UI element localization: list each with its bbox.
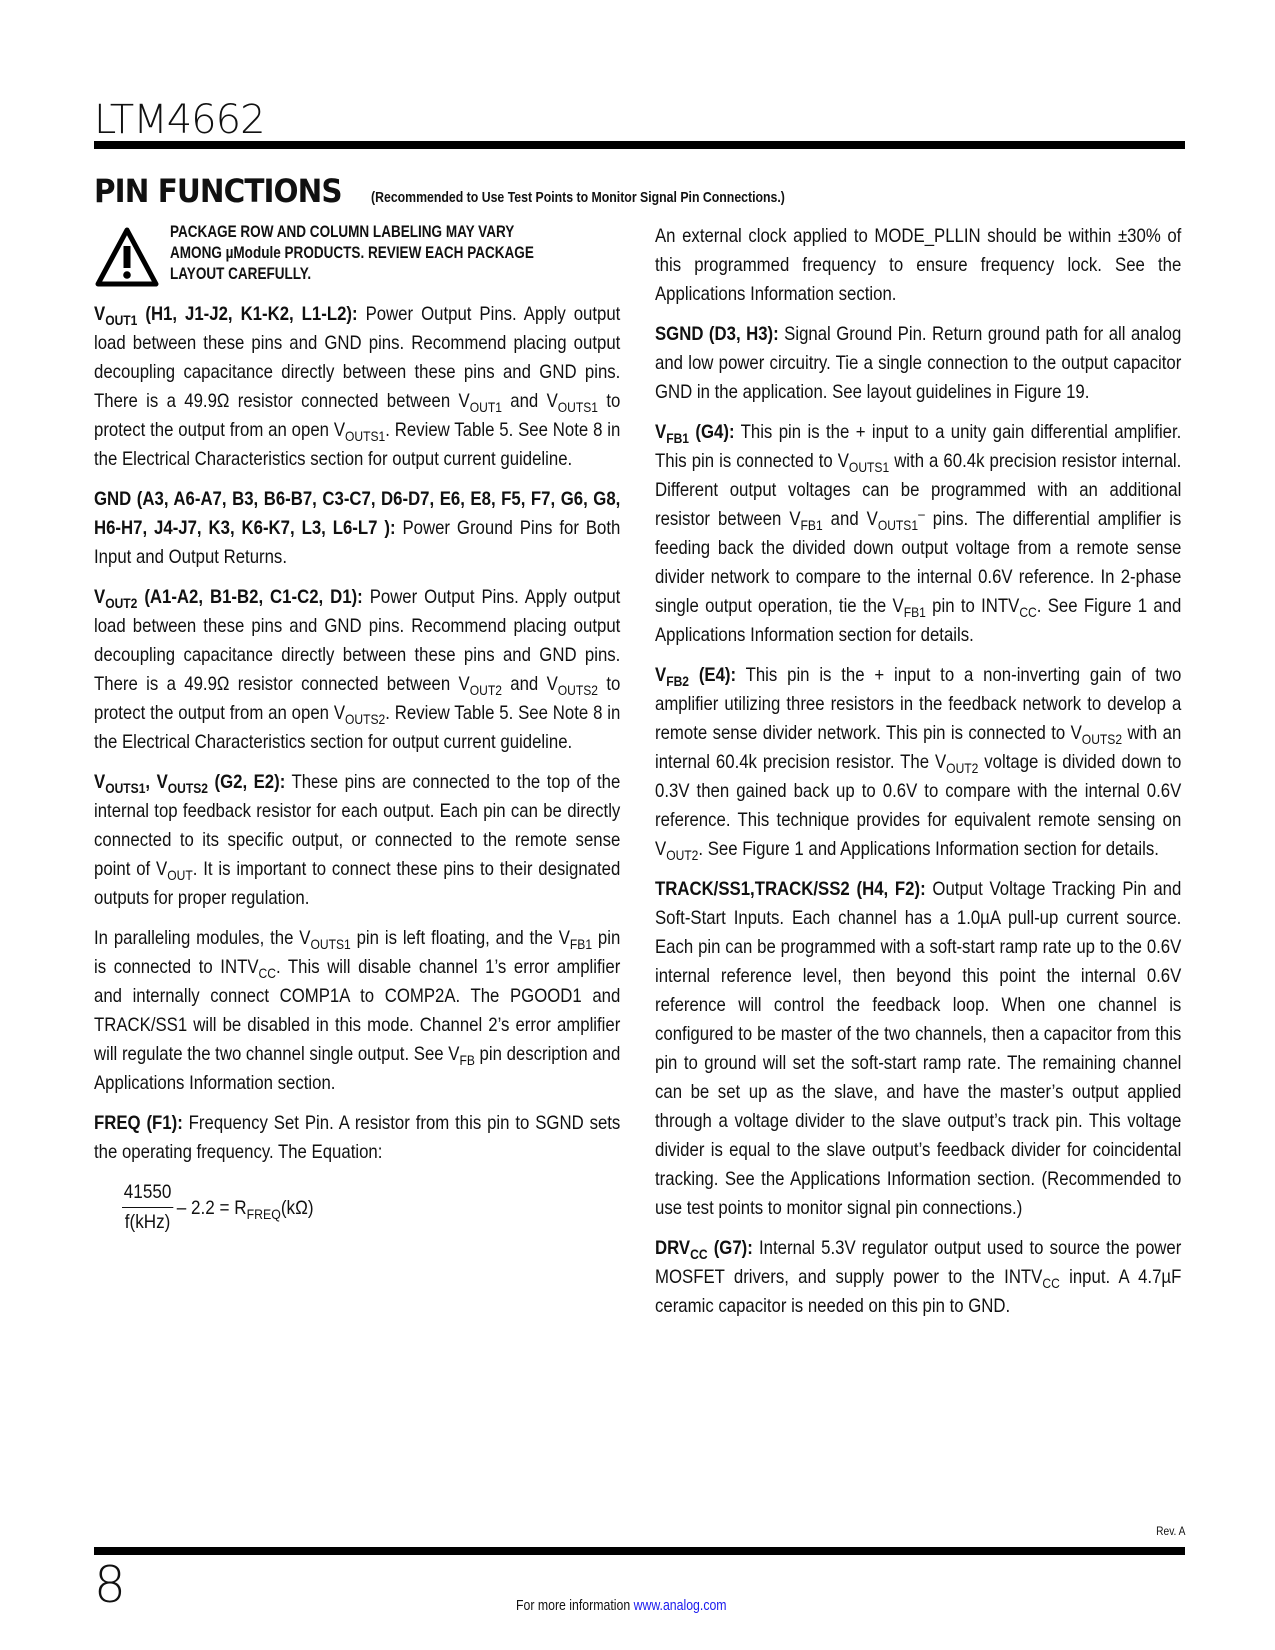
equation-denominator: f(kHz): [125, 1208, 171, 1236]
section-subtitle: (Recommended to Use Test Points to Monit…: [371, 189, 785, 206]
pin-desc-freq: FREQ (F1): Frequency Set Pin. A resistor…: [94, 1109, 620, 1167]
section-title: PIN FUNCTIONS: [94, 172, 342, 210]
ext-clock-note: An external clock applied to MODE_PLLIN …: [655, 222, 1181, 309]
pin-label: VOUT1 (H1, J1-J2, K1-K2, L1-L2):: [94, 303, 358, 325]
pin-desc-vfb1: VFB1 (G4): This pin is the + input to a …: [655, 418, 1181, 650]
pin-label: VFB1 (G4):: [655, 421, 735, 443]
pin-desc-track-ss: TRACK/SS1,TRACK/SS2 (H4, F2): Output Vol…: [655, 875, 1181, 1223]
pin-label: VOUTS1, VOUTS2 (G2, E2):: [94, 771, 285, 793]
pin-label: TRACK/SS1,TRACK/SS2 (H4, F2):: [655, 878, 926, 900]
right-column: An external clock applied to MODE_PLLIN …: [655, 222, 1181, 1332]
freq-equation: 41550 f(kHz) – 2.2 = RFREQ(kΩ): [122, 1181, 570, 1236]
pin-desc-vout1: VOUT1 (H1, J1-J2, K1-K2, L1-L2): Power O…: [94, 300, 620, 474]
page-number: 8: [94, 1560, 126, 1610]
equation-fraction: 41550 f(kHz): [122, 1181, 173, 1236]
left-column: PACKAGE ROW AND COLUMN LABELING MAY VARY…: [94, 222, 620, 1236]
analog-website-link[interactable]: www.analog.com: [634, 1597, 727, 1614]
pin-desc-sgnd: SGND (D3, H3): Signal Ground Pin. Return…: [655, 320, 1181, 407]
pin-label: DRVCC (G7):: [655, 1237, 753, 1259]
header-rule: [94, 141, 1185, 149]
pin-desc-drvcc: DRVCC (G7): Internal 5.3V regulator outp…: [655, 1234, 1181, 1321]
pin-label: SGND (D3, H3):: [655, 323, 779, 345]
warning-triangle-icon: [94, 226, 160, 288]
footer-rule: [94, 1547, 1185, 1555]
section-heading: PIN FUNCTIONS (Recommended to Use Test P…: [94, 172, 876, 210]
warning-text: PACKAGE ROW AND COLUMN LABELING MAY VARY…: [170, 222, 539, 285]
equation-numerator: 41550: [122, 1181, 173, 1208]
pin-label: VFB2 (E4):: [655, 664, 736, 686]
pin-desc-vout2: VOUT2 (A1-A2, B1-B2, C1-C2, D1): Power O…: [94, 583, 620, 757]
revision-label: Rev. A: [1156, 1524, 1185, 1538]
equation-rhs: – 2.2 = RFREQ(kΩ): [177, 1194, 314, 1223]
footer-info: For more information www.analog.com: [516, 1597, 727, 1614]
document-title: LTM4662: [94, 100, 265, 140]
pin-desc-gnd: GND (A3, A6-A7, B3, B6-B7, C3-C7, D6-D7,…: [94, 485, 620, 572]
warning-box: PACKAGE ROW AND COLUMN LABELING MAY VARY…: [94, 222, 620, 290]
more-info-text: For more information: [516, 1597, 634, 1614]
pin-desc-vfb2: VFB2 (E4): This pin is the + input to a …: [655, 661, 1181, 864]
pin-label: FREQ (F1):: [94, 1112, 183, 1134]
pin-label: VOUT2 (A1-A2, B1-B2, C1-C2, D1):: [94, 586, 363, 608]
paralleling-note: In paralleling modules, the VOUTS1 pin i…: [94, 924, 620, 1098]
pin-desc-vouts: VOUTS1, VOUTS2 (G2, E2): These pins are …: [94, 768, 620, 913]
